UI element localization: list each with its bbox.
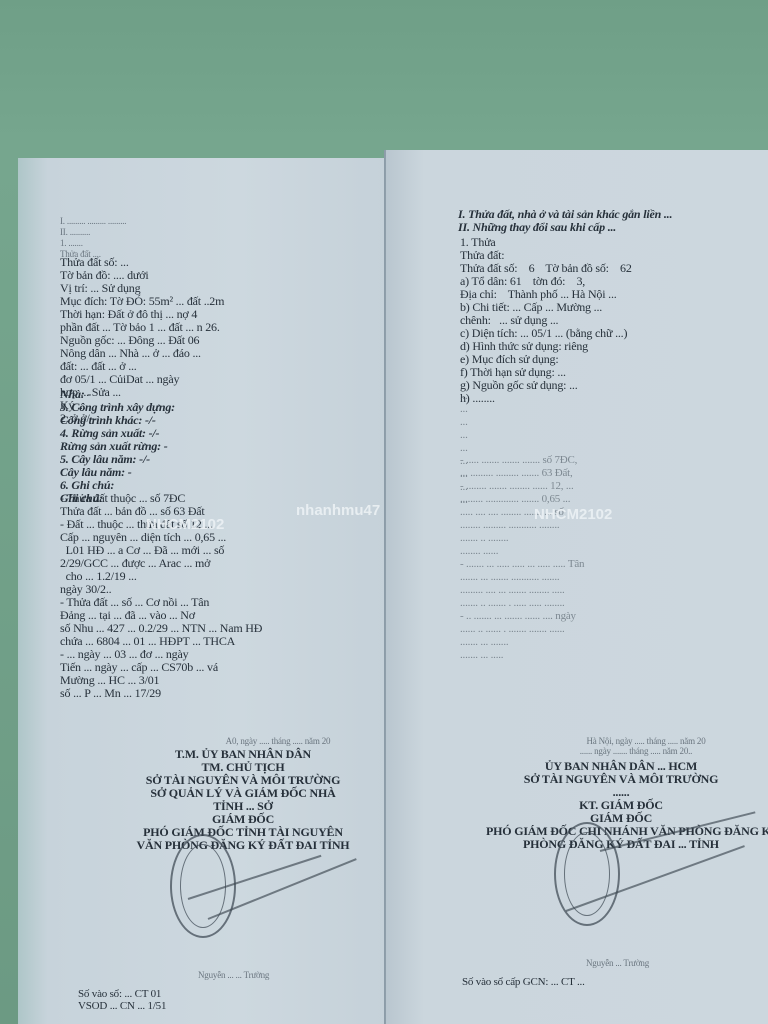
header-line: 1. ....... (60, 238, 126, 249)
item-line: ... (460, 403, 468, 416)
note-line: ......... ............. ....... 0,65 ... (460, 493, 584, 506)
note-line: - ........ ....... ........ ...... 12, .… (460, 480, 584, 493)
note-line: ....... ... ..... (460, 649, 584, 662)
note-line: ........ ...... (460, 545, 584, 558)
signature-title-line: VĂN PHÒNG ĐĂNG KÝ ĐẤT ĐAI TỈNH (108, 839, 378, 852)
header-line: II. Những thay đổi sau khi cấp ... (458, 221, 672, 234)
document-page-left: I. ......... ......... .........II. ....… (18, 158, 388, 1024)
note-line: ....... .. ........ (460, 532, 584, 545)
watermark: nhanhmu47 (296, 502, 380, 519)
date-line: A0, ngày ..... tháng ..... năm 20 (198, 736, 358, 747)
note-line: ......... .... ... ....... ........ ....… (460, 584, 584, 597)
notes-section: - ..... ....... ....... ....... số 7ĐC,.… (460, 454, 584, 662)
note-line: - ....... ... ..... ..... ... ..... ....… (460, 558, 584, 571)
registry-number: Số vào sổ cấp GCN: ... CT ... (462, 976, 585, 989)
note-line: ....... ... ....... ........... ....... (460, 571, 584, 584)
document-page-right: I. Thửa đất, nhà ở và tài sản khác gắn l… (386, 150, 768, 1024)
page-header: I. ......... ......... .........II. ....… (60, 216, 126, 260)
note-line: ....... .. ....... . ..... ..... .......… (460, 597, 584, 610)
note-line: ....... ... ....... (460, 636, 584, 649)
note-line: - .. ....... ... ....... ...... .... ngà… (460, 610, 584, 623)
signature-block: T.M. ỦY BAN NHÂN DÂNTM. CHỦ TỊCHSỞ TÀI N… (108, 748, 378, 852)
note-line: ... ......... ......... ....... 63 Đất, (460, 467, 584, 480)
page-header: I. Thửa đất, nhà ở và tài sản khác gắn l… (458, 208, 672, 234)
header-line: I. ......... ......... ......... (60, 216, 126, 227)
signer-name: Nguyễn ... ... Trường (198, 970, 269, 981)
item-line: ... (460, 429, 468, 442)
signature-block: ỦY BAN NHÂN DÂN ... HCMSỞ TÀI NGUYÊN VÀ … (486, 760, 756, 851)
header-line: II. .......... (60, 227, 126, 238)
watermark: NHCM2102 (534, 506, 612, 523)
signer-name: Nguyễn ... Trường (586, 958, 649, 969)
watermark: NHCM2102 (146, 516, 224, 533)
registry-code: VSOD ... CN ... 1/51 (78, 1000, 166, 1013)
detail-line: h) ........ (460, 392, 632, 405)
official-seal-icon (554, 822, 620, 926)
item-line: ... (460, 416, 468, 429)
land-parcel-details: 1. ThửaThửa đất:Thửa đất số: 6 Tờ bản đồ… (460, 236, 632, 405)
note-line: số ... P ... Mn ... 17/29 (60, 687, 262, 700)
note-line: ...... .. ...... . ....... ....... .....… (460, 623, 584, 636)
item-line: ... (460, 390, 468, 403)
asset-items-list: Nhà: -3. Công trình xây dựng:Công trình … (60, 388, 175, 505)
date-line-secondary: ...... ngày ....... tháng ..... năm 20.. (536, 746, 736, 757)
note-line: - ..... ....... ....... ....... số 7ĐC, (460, 454, 584, 467)
